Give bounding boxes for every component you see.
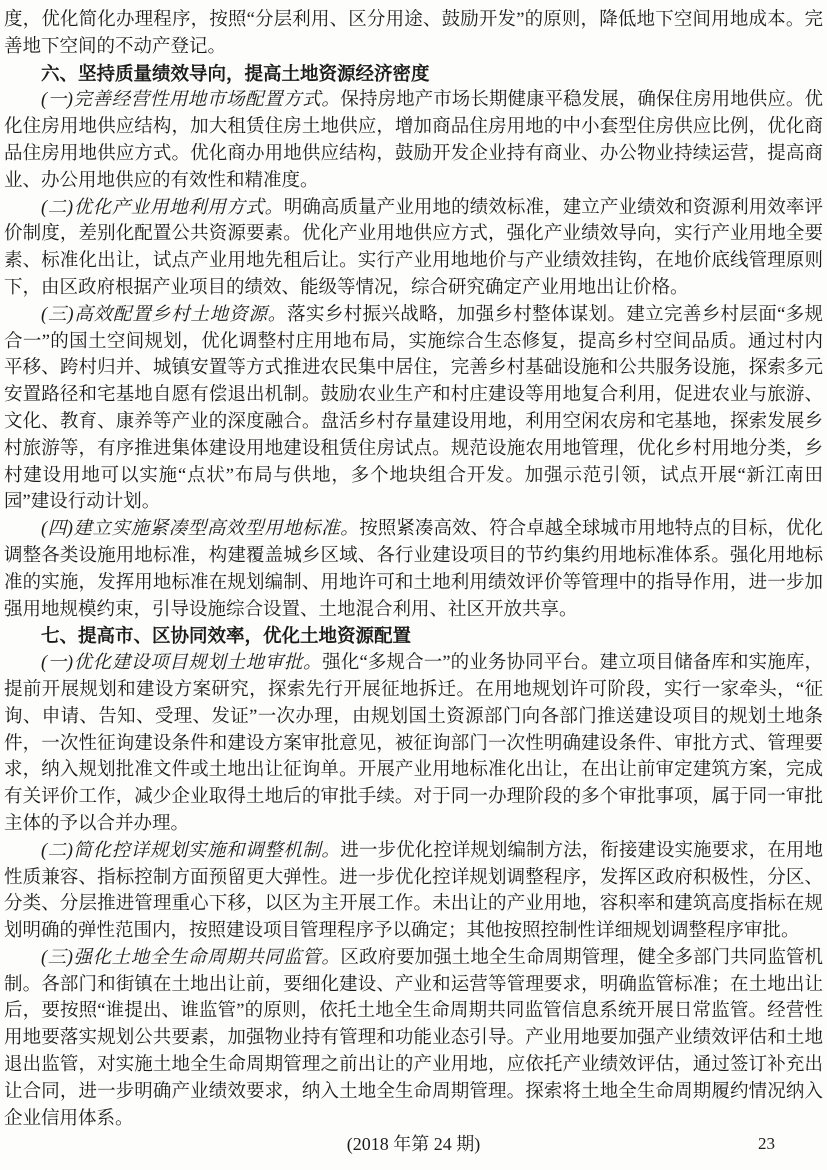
- paragraph-body: 落实乡村振兴战略，加强乡村整体谋划。建立完善乡村层面“多规合一”的国土空间规划，…: [4, 305, 823, 513]
- paragraph-body: 强化“多规合一”的业务协同平台。建立项目储备库和实施库，提前开展规划和建设方案研…: [4, 653, 823, 834]
- section-heading-6: 六、坚持质量绩效导向，提高土地资源经济密度: [4, 61, 823, 88]
- paragraph-continuation: 度，优化简化办理程序，按照“分层利用、区分用途、鼓励开发”的原则，降低地下空间用…: [4, 7, 823, 61]
- document-page: 度，优化简化办理程序，按照“分层利用、区分用途、鼓励开发”的原则，降低地下空间用…: [0, 0, 827, 1170]
- paragraph-6-2: (二)优化产业用地利用方式。明确高质量产业用地的绩效标准，建立产业绩效和资源利用…: [4, 195, 823, 302]
- paragraph-7-3: (三)强化土地全生命周期共同监管。区政府要加强土地全生命周期管理，健全多部门共同…: [4, 945, 823, 1133]
- paragraph-7-2: (二)简化控详规划实施和调整机制。进一步优化控详规划编制方法，衔接建设实施要求，…: [4, 838, 823, 945]
- paragraph-6-1: (一)完善经营性用地市场配置方式。保持房地产市场长期健康平稳发展，确保住房用地供…: [4, 87, 823, 194]
- paragraph-7-1: (一)优化建设项目规划土地审批。强化“多规合一”的业务协同平台。建立项目储备库和…: [4, 650, 823, 838]
- paragraph-lead: (一)完善经营性用地市场配置方式。: [41, 90, 340, 110]
- paragraph-lead: (二)简化控详规划实施和调整机制。: [41, 841, 340, 861]
- paragraph-6-4: (四)建立实施紧凑型高效型用地标准。按照紧凑高效、符合卓越全球城市用地特点的目标…: [4, 516, 823, 623]
- paragraph-lead: (一)优化建设项目规划土地审批。: [41, 653, 322, 673]
- paragraph-6-3: (三)高效配置乡村土地资源。落实乡村振兴战略，加强乡村整体谋划。建立完善乡村层面…: [4, 302, 823, 516]
- paragraph-lead: (三)强化土地全生命周期共同监管。: [41, 948, 340, 968]
- issue-label: (2018 年第 24 期): [347, 1130, 481, 1158]
- section-heading-7: 七、提高市、区协同效率，优化土地资源配置: [4, 623, 823, 650]
- paragraph-lead: (三)高效配置乡村土地资源。: [41, 305, 287, 325]
- page-number: 23: [758, 1130, 775, 1158]
- paragraph-lead: (四)建立实施紧凑型高效型用地标准。: [41, 519, 359, 539]
- paragraph-body: 区政府要加强土地全生命周期管理，健全多部门共同监管机制。各部门和街镇在土地出让前…: [4, 948, 823, 1129]
- paragraph-lead: (二)优化产业用地利用方式。: [41, 198, 284, 218]
- page-footer: (2018 年第 24 期) 23: [0, 1130, 827, 1158]
